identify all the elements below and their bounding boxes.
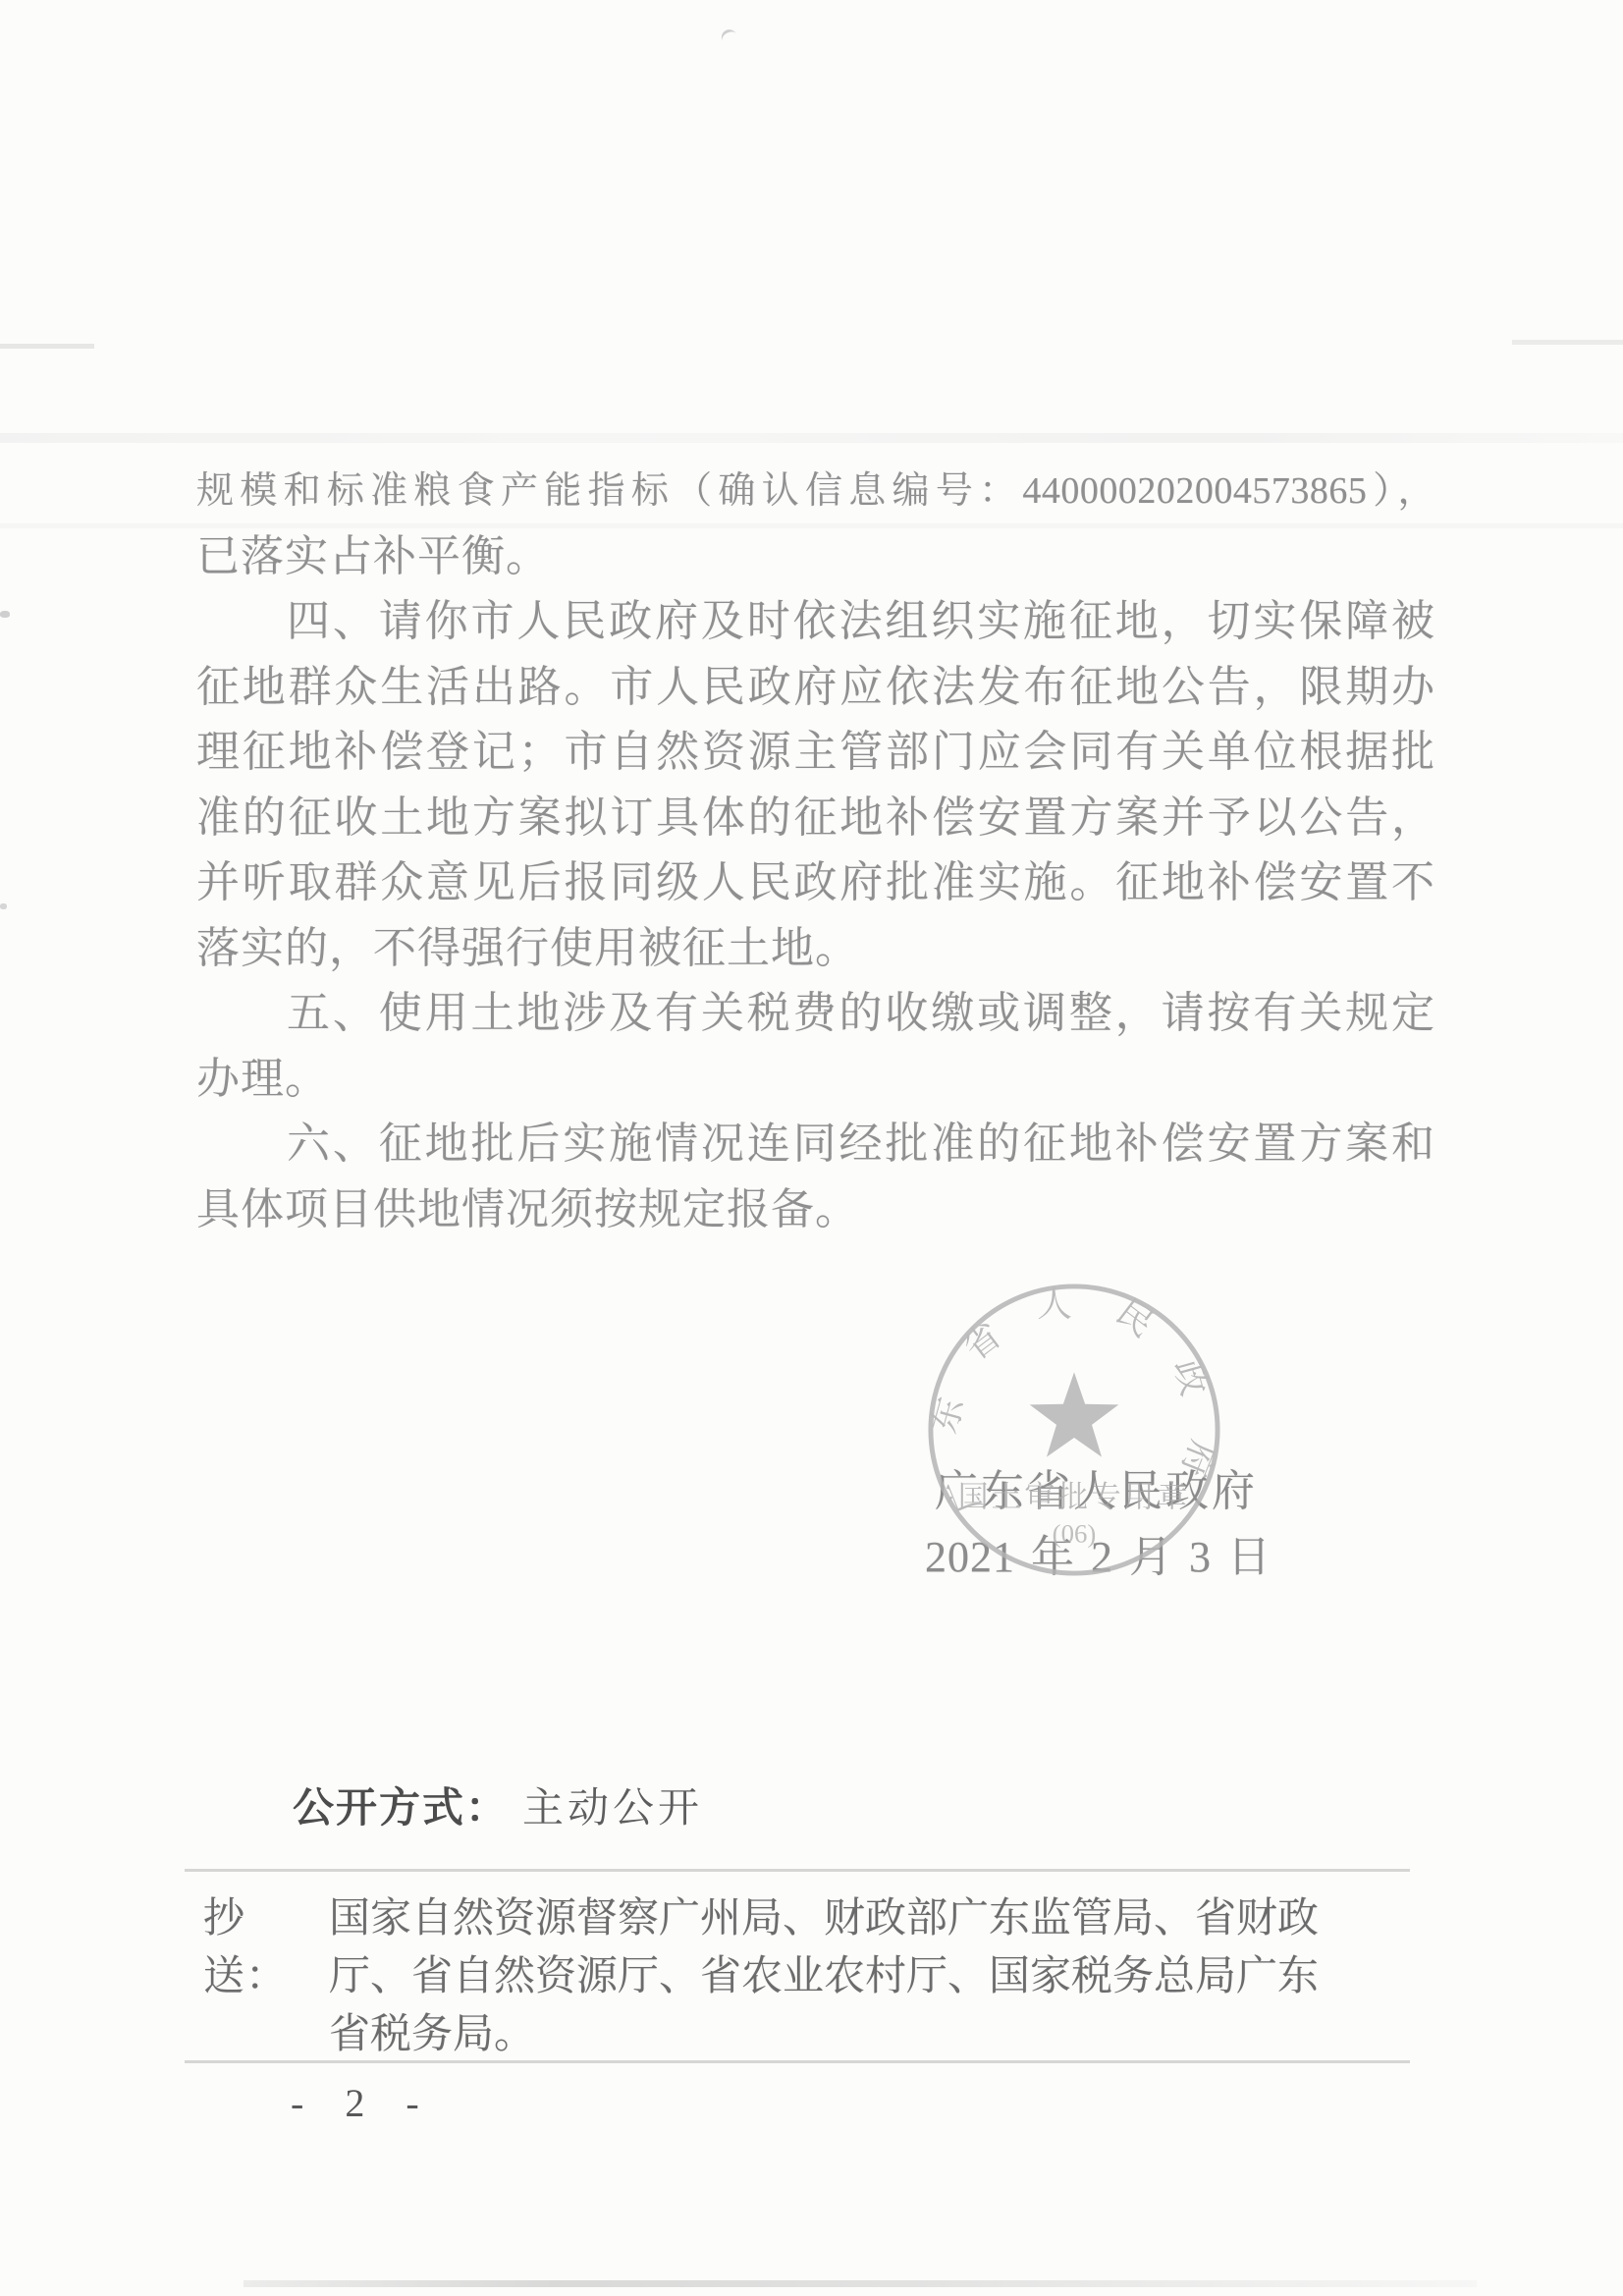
scan-speck [0,611,10,618]
cc-divider-bottom [185,2060,1410,2063]
cc-line: 国家自然资源督察广州局、财政部广东监管局、省财政 [329,1890,1423,1948]
scanned-document-page: 规模和标准粮食产能指标（确认信息编号：440000202004573865）， … [0,0,1623,2296]
body-line: 五、使用土地涉及有关税费的收缴或调整，请按有关规定 [196,981,1435,1047]
scan-band [0,433,1623,443]
cc-divider-top [185,1869,1410,1872]
disclosure-label: 公开方式： [293,1784,509,1831]
body-line: 理征地补偿登记；市自然资源主管部门应会同有关单位根据批 [196,720,1435,786]
body-line: 六、征地批后实施情况连同经批准的征地补偿安置方案和 [196,1112,1435,1177]
scan-streak [0,344,94,349]
cc-block: 抄送： 国家自然资源督察广州局、财政部广东监管局、省财政 厅、省自然资源厅、省农… [203,1890,1423,2064]
seal-star-icon [1030,1372,1119,1456]
body-line: 已落实占补平衡。 [196,524,1435,590]
cc-line: 省税务局。 [329,2006,1423,2064]
body-line: 准的征收土地方案拟订具体的征地补偿安置方案并予以公告， [196,786,1435,851]
document-body: 规模和标准粮食产能指标（确认信息编号：440000202004573865）， … [196,459,1435,1242]
official-seal: 广东省人民政府 国土审批专用章 (06) [921,1277,1227,1583]
body-line: 规模和标准粮食产能指标（确认信息编号：440000202004573865）， [196,459,1435,524]
disclosure-method: 公开方式：主动公开 [293,1776,703,1834]
cc-recipients: 国家自然资源督察广州局、财政部广东监管局、省财政 厅、省自然资源厅、省农业农村厅… [329,1890,1423,2064]
body-line: 征地群众生活出路。市人民政府应依法发布征地公告，限期办 [196,655,1435,721]
body-line: 具体项目供地情况须按规定报备。 [196,1177,1435,1243]
body-line: 四、请你市人民政府及时依法组织实施征地，切实保障被 [196,589,1435,655]
scan-streak [1512,340,1623,345]
scan-streak [243,2280,1477,2287]
body-line: 并听取群众意见后报同级人民政府批准实施。征地补偿安置不 [196,850,1435,916]
seal-number: (06) [1053,1518,1097,1548]
scan-speck [0,903,7,909]
disclosure-value: 主动公开 [522,1786,703,1831]
body-line: 落实的，不得强行使用被征土地。 [196,916,1435,982]
scan-speck [719,27,740,49]
page-number: - 2 - [291,2080,435,2126]
cc-line: 厅、省自然资源厅、省农业农村厅、国家税务总局广东 [329,1948,1423,2006]
cc-label: 抄送： [203,1890,329,2064]
body-line: 办理。 [196,1047,1435,1113]
seal-banner-text: 国土审批专用章 [958,1480,1190,1513]
